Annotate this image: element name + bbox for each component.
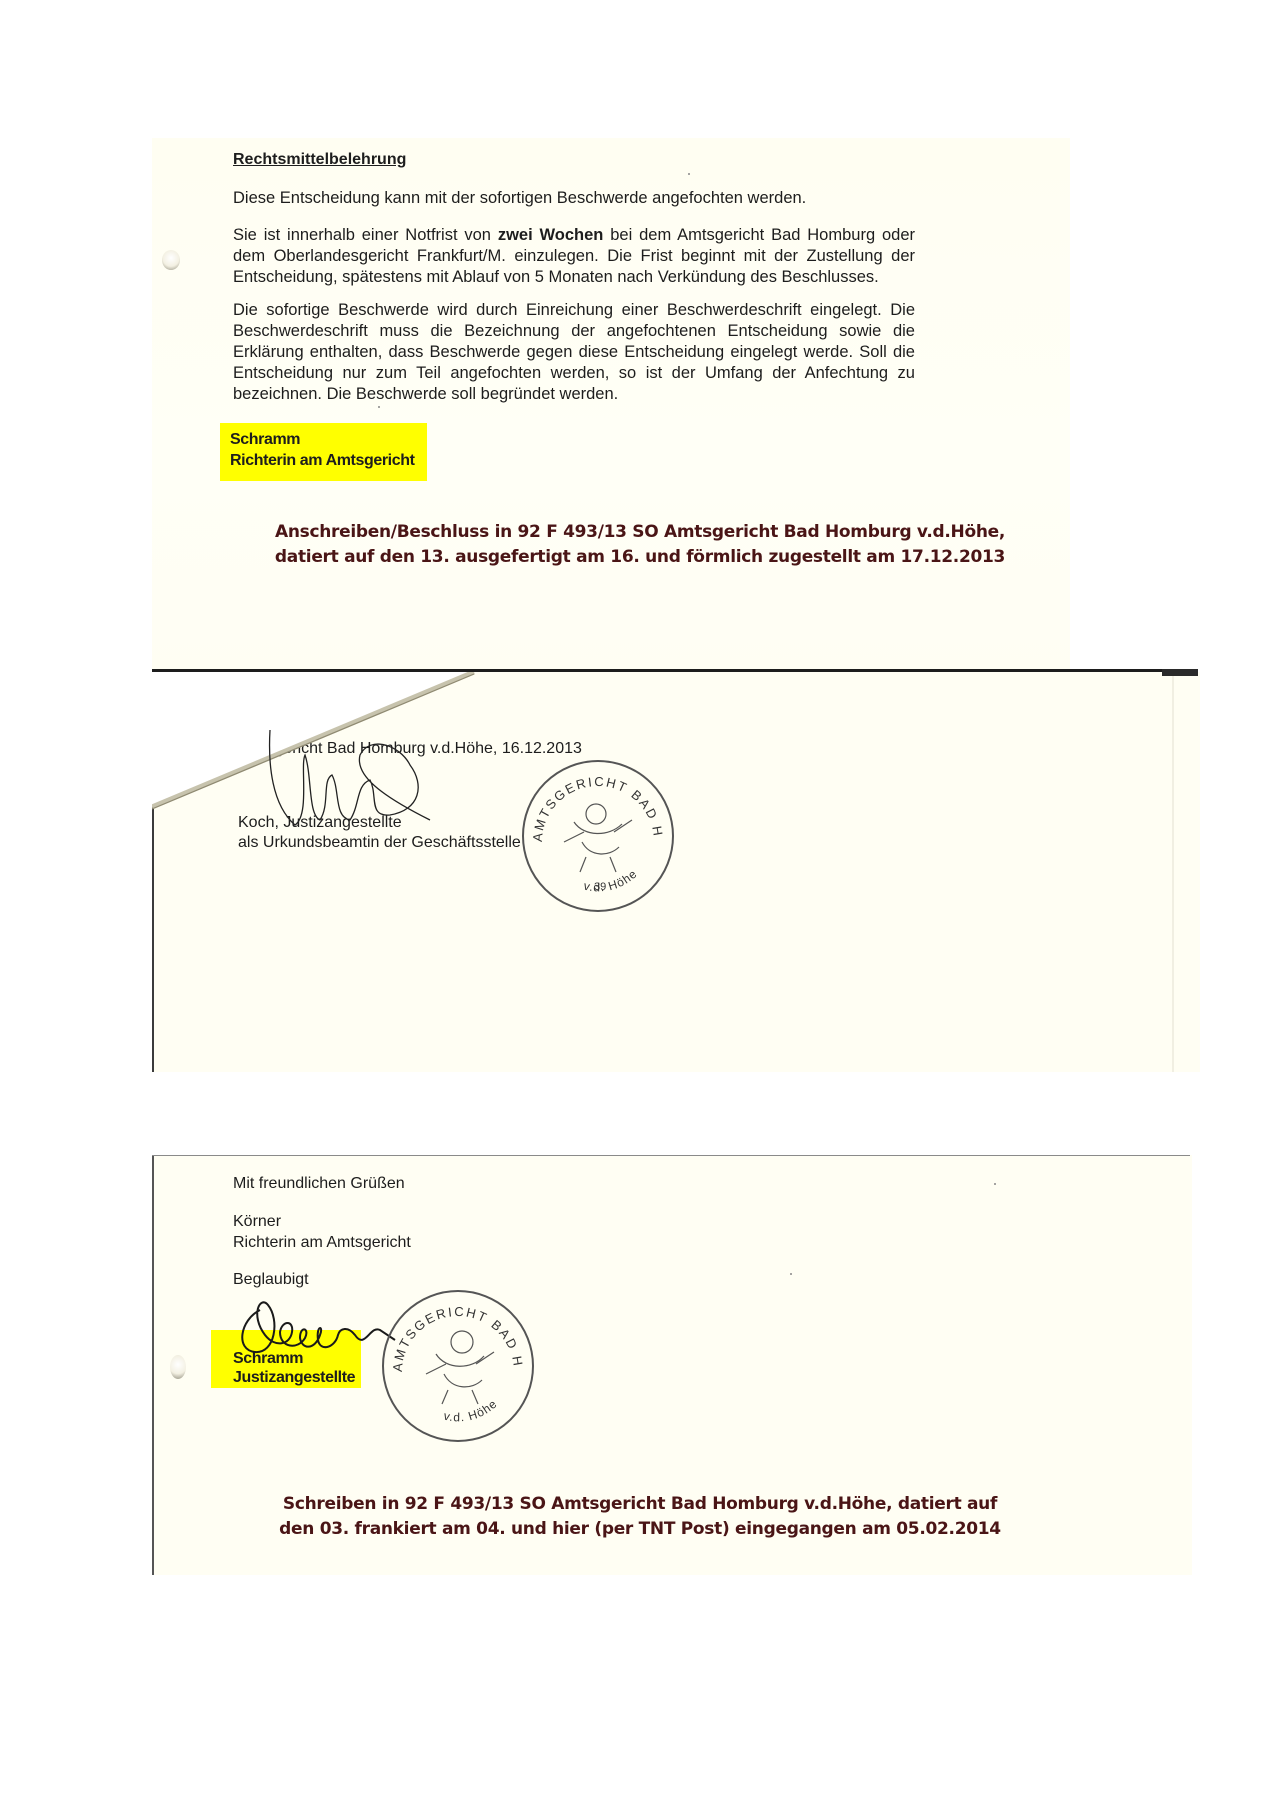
svg-text:39: 39: [594, 881, 606, 893]
clerk-name: Schramm: [211, 1330, 361, 1368]
paragraph-deadline-bold: zwei Wochen: [498, 226, 604, 244]
svg-text:AMTSGERICHT BAD HOMBURG: AMTSGERICHT BAD HOMBURG: [384, 1292, 526, 1372]
scan-speck: [378, 406, 380, 408]
svg-text:v.d. Höhe: v.d. Höhe: [442, 1396, 500, 1424]
clerk-title: Justizangestellte: [211, 1368, 361, 1387]
scan-paper-edge: [1172, 676, 1174, 1072]
punch-hole-icon: [170, 1355, 186, 1379]
scan-top-border: [152, 1155, 1190, 1156]
highlight-judge-signature: Schramm Richterin am Amtsgericht: [220, 423, 427, 481]
paragraph-deadline-text-1: Sie ist innerhalb einer Notfrist von: [233, 226, 498, 244]
text-judge-title: Richterin am Amtsgericht: [233, 1232, 411, 1253]
heading-rechtsmittelbelehrung: Rechtsmittelbelehrung: [233, 149, 406, 170]
highlight-clerk-signature: Schramm Justizangestellte: [211, 1330, 361, 1388]
court-seal-emblem-icon: AMTSGERICHT BAD HOMBURG v.d. Höhe: [384, 1292, 532, 1440]
text-closing: Mit freundlichen Grüßen: [233, 1173, 405, 1194]
annotation-letter-dates: Schreiben in 92 F 493/13 SO Amtsgericht …: [170, 1492, 1110, 1542]
punch-hole-icon: [162, 250, 180, 270]
scan-speck: [994, 1183, 996, 1185]
scan-speck: [790, 1273, 792, 1275]
paragraph-deadline: Sie ist innerhalb einer Notfrist von zwe…: [233, 225, 915, 288]
svg-text:v.d. Höhe: v.d. Höhe: [582, 866, 640, 894]
scan-legal-remedy-instructions: [152, 138, 1070, 678]
svg-text:AMTSGERICHT BAD HOMBURG: AMTSGERICHT BAD HOMBURG: [524, 762, 666, 842]
text-court-date: Amtsgericht Bad Homburg v.d.Höhe, 16.12.…: [238, 738, 582, 759]
annotation-line-1: Schreiben in 92 F 493/13 SO Amtsgericht …: [170, 1492, 1110, 1517]
judge-title: Richterin am Amtsgericht: [220, 450, 427, 471]
text-beglaubigt: Beglaubigt: [233, 1269, 309, 1290]
judge-name: Schramm: [220, 423, 427, 450]
court-seal-emblem-icon: AMTSGERICHT BAD HOMBURG v.d. Höhe 39: [524, 762, 672, 910]
scan-top-border: [152, 669, 1198, 672]
annotation-line-1: Anschreiben/Beschluss in 92 F 493/13 SO …: [180, 520, 1100, 545]
paragraph-appeal-possible: Diese Entscheidung kann mit der sofortig…: [233, 188, 1023, 209]
text-clerk-role: als Urkundsbeamtin der Geschäftsstelle: [238, 832, 521, 853]
text-ausgefertigt: sgefertigt: [252, 718, 316, 739]
annotation-decision-dates: Anschreiben/Beschluss in 92 F 493/13 SO …: [180, 520, 1100, 570]
court-seal-1: AMTSGERICHT BAD HOMBURG v.d. Höhe 39: [522, 760, 674, 912]
annotation-line-2: den 03. frankiert am 04. und hier (per T…: [170, 1517, 1110, 1542]
court-seal-2: AMTSGERICHT BAD HOMBURG v.d. Höhe: [382, 1290, 534, 1442]
scan-border-tab: [1162, 669, 1198, 676]
text-clerk-name: Koch, Justizangestellte: [238, 812, 402, 833]
scan-speck: [688, 173, 690, 175]
text-judge-name: Körner: [233, 1211, 281, 1232]
annotation-line-2: datiert auf den 13. ausgefertigt am 16. …: [180, 545, 1100, 570]
paragraph-appeal-procedure: Die sofortige Beschwerde wird durch Einr…: [233, 300, 915, 405]
